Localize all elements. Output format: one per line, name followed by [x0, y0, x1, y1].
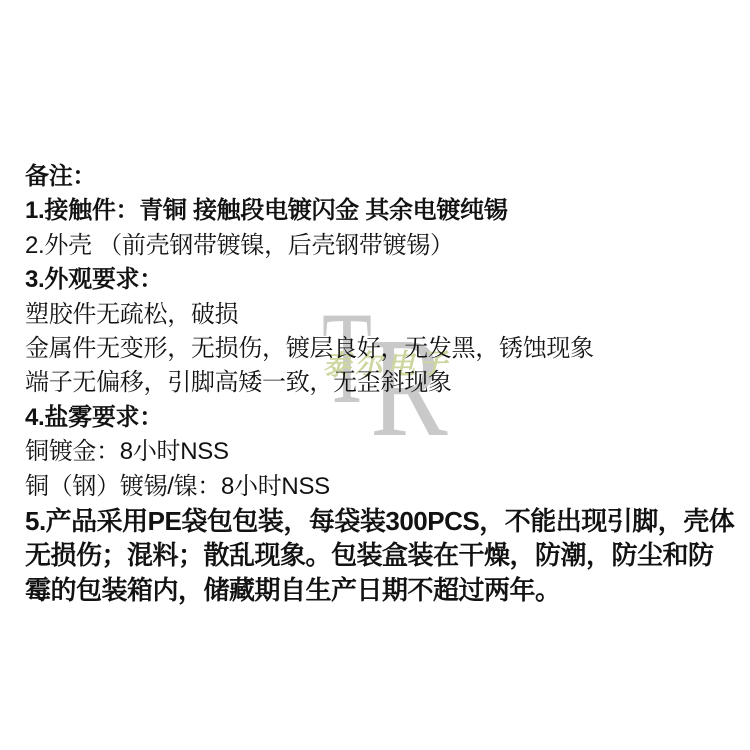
spec-line: 铜镀金：8小时NSS: [25, 435, 748, 469]
spec-line: 端子无偏移，引脚高矮一致，无歪斜现象: [25, 366, 748, 400]
spec-line: 塑胶件无疏松，破损: [25, 298, 748, 332]
spec-line: 5.产品采用PE袋包包装，每袋装300PCS，不能出现引脚，壳体: [25, 504, 748, 538]
spec-line: 1.接触件：青铜 接触段电镀闪金 其余电镀纯锡: [25, 194, 748, 228]
spec-line: 4.盐雾要求：: [25, 401, 748, 435]
spec-lines: 备注：1.接触件：青铜 接触段电镀闪金 其余电镀纯锡2.外壳 （前壳钢带镀镍，后…: [25, 160, 748, 607]
spec-line: 2.外壳 （前壳钢带镀镍，后壳钢带镀锡）: [25, 229, 748, 263]
spec-line: 铜（钢）镀锡/镍：8小时NSS: [25, 470, 748, 504]
spec-line: 金属件无变形，无损伤，镀层良好，无发黑，锈蚀现象: [25, 332, 748, 366]
spec-line: 霉的包装箱内，储藏期自生产日期不超过两年。: [25, 573, 748, 607]
spec-line: 无损伤；混料；散乱现象。包装盒装在干燥，防潮，防尘和防: [25, 538, 748, 572]
spec-line: 3.外观要求：: [25, 263, 748, 297]
spec-line: 备注：: [25, 160, 748, 194]
